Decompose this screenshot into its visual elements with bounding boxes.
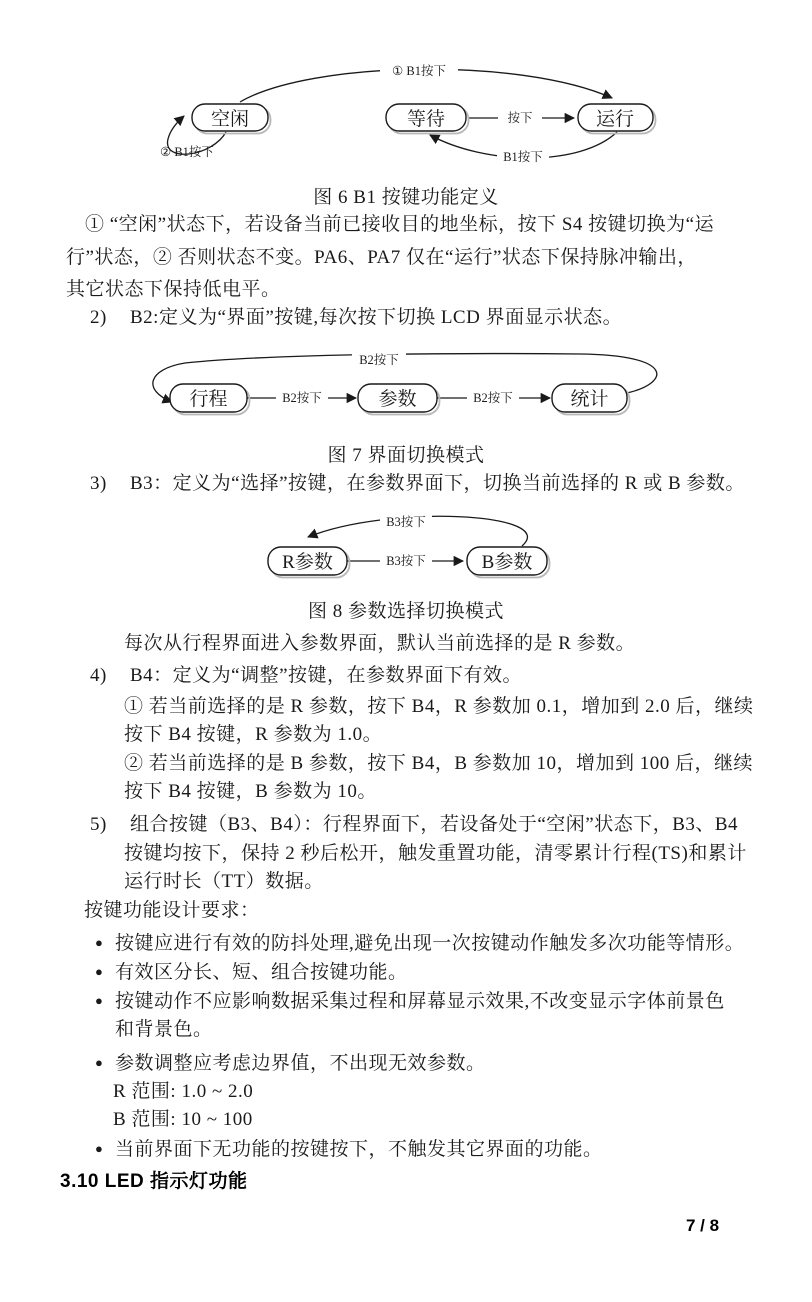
page-number: 7 / 8 [686,1216,719,1236]
bullet-list-item: ●参数调整应考虑边界值，不出现无效参数。 [95,1051,486,1076]
body-line: B 范围: 10 ~ 100 [113,1108,253,1132]
body-line: 和背景色。 [115,1018,213,1042]
body-line: ① “空闲”状态下，若设备当前已接收目的地坐标，按下 S4 按键切换为“运 [85,213,714,237]
body-line: 按键功能设计要求： [84,899,260,923]
bullet-icon: ● [95,989,115,1013]
state-node-trip: 行程 [170,384,250,415]
bullet-icon: ● [95,931,115,955]
bullet-icon: ● [95,1051,115,1075]
svg-text:① B1按下: ① B1按下 [392,63,446,78]
body-line: 每次从行程界面进入参数界面，默认当前选择的是 R 参数。 [124,632,635,656]
bullet-list-item: ●按键应进行有效的防抖处理,避免出现一次按键动作触发多次功能等情形。 [95,931,744,956]
body-line: 5)组合按键（B3、B4）：行程界面下，若设备处于“空闲”状态下，B3、B4 [90,813,738,837]
state-label-param: 参数 [378,388,416,410]
state-node-param: 参数 [358,384,440,415]
bullet-list-item: ●当前界面下无功能的按键按下，不触发其它界面的功能。 [95,1137,603,1162]
body-line: 2)B2:定义为“界面”按键,每次按下切换 LCD 界面显示状态。 [90,306,622,330]
figure8-caption: 图 8 参数选择切换模式 [0,596,812,623]
state-label-wait: 等待 [407,108,445,130]
svg-text:B3按下: B3按下 [386,514,426,529]
state-label-trip: 行程 [189,388,227,410]
list-item-number: 3) [90,472,130,496]
figure6-diagram: 空闲 等待 运行 ① B1按下 按下 B1按下 ② B1按下 [140,55,680,190]
state-label-run: 运行 [596,108,634,130]
body-line: ① 若当前选择的是 R 参数，按下 B4，R 参数加 0.1，增加到 2.0 后… [124,695,754,719]
body-line: 运行时长（TT）数据。 [124,870,324,894]
svg-text:B2按下: B2按下 [282,390,322,405]
figure7-caption: 图 7 界面切换模式 [0,440,812,467]
bullet-list-item: ●有效区分长、短、组合按键功能。 [95,960,408,985]
edge-label-b1-top: ① B1按下 [380,62,458,79]
state-node-idle: 空闲 [192,104,271,134]
state-label-idle: 空闲 [211,108,249,130]
figure8-diagram: R参数 B参数 B3按下 B3按下 [230,508,590,600]
state-label-r-param: R参数 [282,551,333,573]
figure6-caption: 图 6 B1 按键功能定义 [0,182,812,209]
state-node-stats: 统计 [552,384,630,415]
state-node-b-param: B参数 [467,547,550,578]
body-line: 行”状态，② 否则状态不变。PA6、PA7 仅在“运行”状态下保持脉冲输出， [66,246,697,270]
body-line: 其它状态下保持低电平。 [66,278,281,302]
edge-label-b1-back: B1按下 [497,149,549,165]
edge-label-b3-fwd: B3按下 [380,553,432,569]
document-page: 空闲 等待 运行 ① B1按下 按下 B1按下 ② B1按下 图 6 B1 按键… [0,0,812,1302]
body-line: 按下 B4 按键，R 参数为 1.0。 [124,723,382,747]
edge-label-press: 按下 [498,110,542,126]
state-label-stats: 统计 [570,388,608,410]
bullet-list-item: ●按键动作不应影响数据采集过程和屏幕显示效果,不改变显示字体前景色 [95,989,725,1014]
edge-label-b2-a1: B2按下 [276,390,328,406]
svg-text:按下: 按下 [507,110,533,125]
state-node-wait: 等待 [386,104,469,134]
body-line: 按下 B4 按键，B 参数为 10。 [124,780,377,804]
bullet-icon: ● [95,1137,115,1161]
svg-text:B2按下: B2按下 [473,390,513,405]
state-label-b-param: B参数 [482,551,533,573]
body-line: 3)B3：定义为“选择”按键，在参数界面下，切换当前选择的 R 或 B 参数。 [90,472,745,496]
svg-text:B2按下: B2按下 [359,352,399,367]
state-node-run: 运行 [578,104,656,134]
section-heading-3-10: 3.10 LED 指示灯功能 [60,1166,248,1193]
edge-label-b1-self: ② B1按下 [160,144,214,159]
body-line: ② 若当前选择的是 B 参数，按下 B4，B 参数加 10，增加到 100 后，… [124,752,753,776]
figure7-diagram: 行程 参数 统计 B2按下 B2按下 B2按下 [130,345,680,437]
svg-text:B1按下: B1按下 [503,149,543,164]
bullet-icon: ● [95,960,115,984]
body-line: 4)B4：定义为“调整”按键，在参数界面下有效。 [90,664,522,688]
list-item-number: 5) [90,813,130,837]
edge-label-b2-loop: B2按下 [352,351,406,368]
svg-text:B3按下: B3按下 [386,553,426,568]
state-node-r-param: R参数 [268,547,350,578]
list-item-number: 2) [90,306,130,330]
edge-label-b3-back: B3按下 [380,514,432,530]
body-line: 按键均按下，保持 2 秒后松开，触发重置功能，清零累计行程(TS)和累计 [124,842,747,866]
list-item-number: 4) [90,664,130,688]
body-line: R 范围: 1.0 ~ 2.0 [113,1080,253,1104]
edge-label-b2-a2: B2按下 [467,390,519,406]
